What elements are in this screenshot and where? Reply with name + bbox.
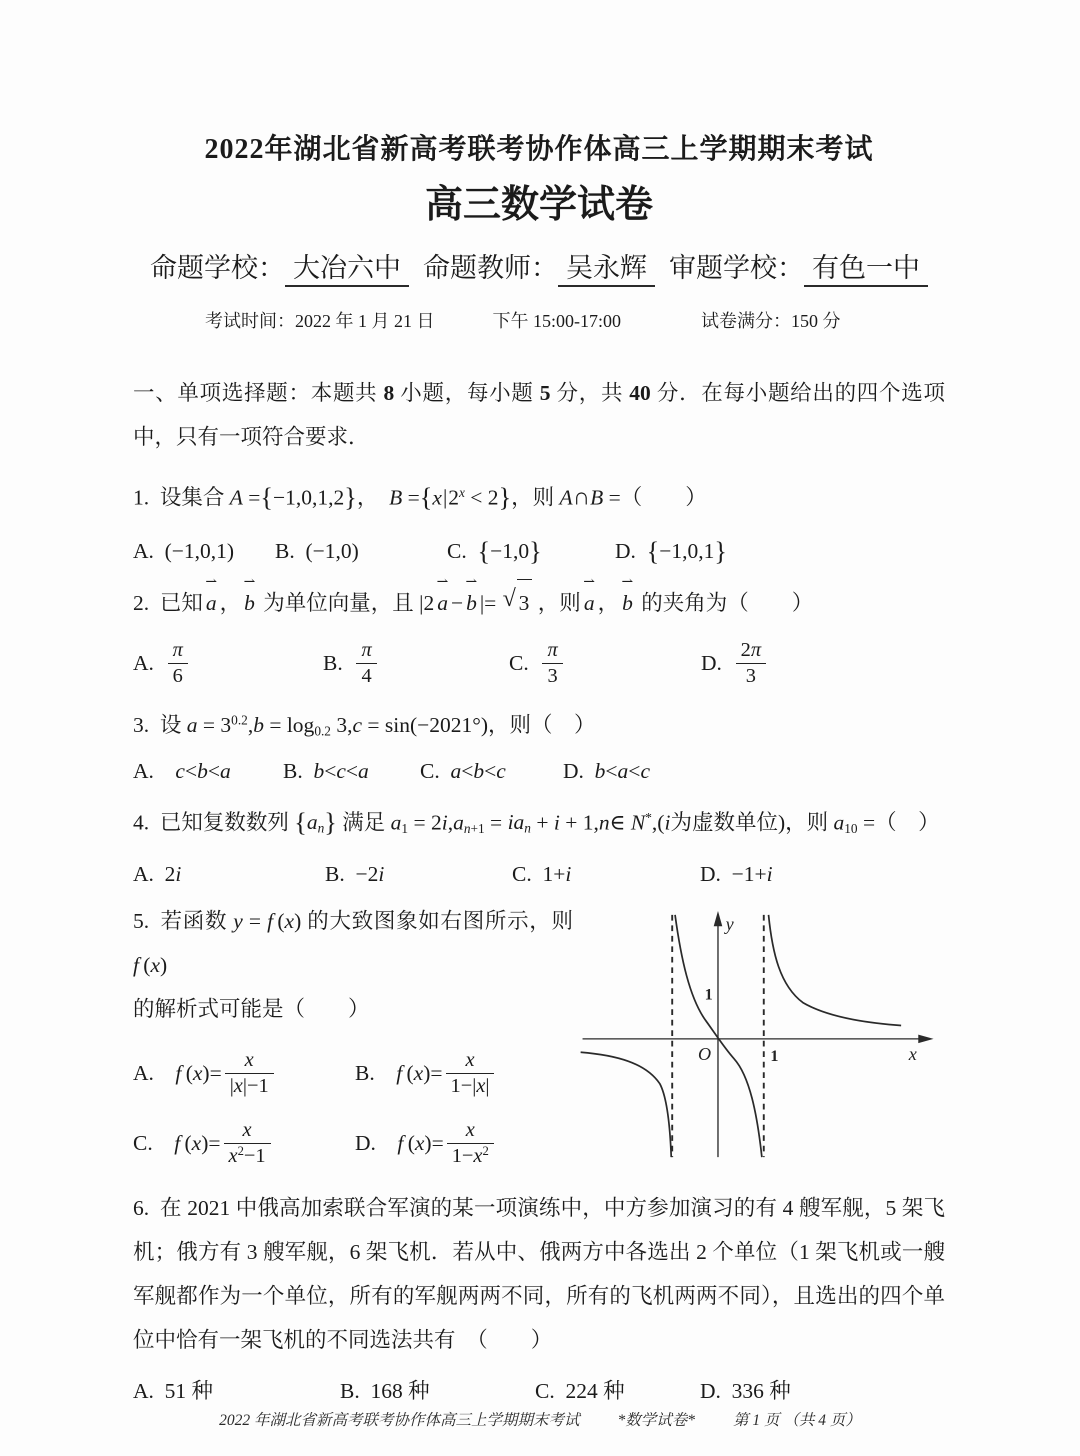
question-6-option-c: C. 224 种 bbox=[535, 1374, 700, 1405]
question-3-options: A. c<b<a B. b<c<a C. a<b<c D. b<a<c bbox=[133, 759, 945, 784]
question-1: 1. 设集合 A ={−1,0,1,2}， B ={x|2x < 2}，则 A∩… bbox=[133, 471, 945, 567]
question-2-option-a: A. π6 bbox=[133, 637, 323, 691]
question-3-option-b: B. b<c<a bbox=[283, 759, 420, 784]
question-6-option-d: D. 336 种 bbox=[700, 1374, 791, 1405]
y-axis-arrow bbox=[714, 911, 723, 926]
question-5-option-b: B. f (x)=x1−|x| bbox=[355, 1047, 497, 1101]
curve-left-branch bbox=[581, 1052, 672, 1157]
proposing-teacher: 命题教师：吴永辉 bbox=[423, 246, 655, 285]
exam-date: 考试时间：2022 年 1 月 21 日 bbox=[205, 307, 435, 333]
question-5-stem-line1: 5. 若函数 y = f (x) 的大致图象如右图所示，则 f (x) bbox=[133, 899, 573, 987]
function-graph-figure: y x O 1 1 bbox=[573, 903, 945, 1174]
proposing-school-name: 大冶六中 bbox=[285, 253, 409, 287]
question-1-option-a: A. (−1,0,1) bbox=[133, 539, 275, 564]
reviewing-school: 审题学校：有色一中 bbox=[669, 246, 928, 285]
question-2: 2. 已知a，b 为单位向量，且 |2a−b|= 3 ，则a，b 的夹角为（ ）… bbox=[133, 579, 945, 691]
exam-paper-page: 2022年湖北省新高考联考协作体高三上学期期末考试 高三数学试卷 命题学校：大冶… bbox=[0, 0, 1080, 1456]
reviewing-school-name: 有色一中 bbox=[804, 253, 928, 287]
question-3-stem: 3. 设 a = 30.2,b = log0.2 3,c = sin(−2021… bbox=[133, 703, 945, 747]
question-2-option-c: C. π3 bbox=[509, 637, 701, 691]
question-3: 3. 设 a = 30.2,b = log0.2 3,c = sin(−2021… bbox=[133, 703, 945, 784]
question-5-option-a: A. f (x)=x|x|−1 bbox=[133, 1047, 355, 1101]
function-graph-svg: y x O 1 1 bbox=[573, 903, 945, 1169]
exam-info-line: 考试时间：2022 年 1 月 21 日 下午 15:00-17:00 试卷满分… bbox=[133, 307, 945, 333]
exam-session-title: 2022年湖北省新高考联考协作体高三上学期期末考试 bbox=[133, 130, 945, 171]
question-2-option-d: D. 2π3 bbox=[701, 637, 769, 691]
question-5-text-column: 5. 若函数 y = f (x) 的大致图象如右图所示，则 f (x) 的解析式… bbox=[133, 899, 573, 1171]
question-4-options: A. 2i B. −2i C. 1+i D. −1+i bbox=[133, 862, 945, 887]
question-4-option-b: B. −2i bbox=[325, 862, 512, 887]
question-5-option-d: D. f (x)=x1−x2 bbox=[355, 1117, 497, 1171]
question-6-option-b: B. 168 种 bbox=[340, 1374, 535, 1405]
question-1-stem: 1. 设集合 A ={−1,0,1,2}， B ={x|2x < 2}，则 A∩… bbox=[133, 471, 945, 525]
question-2-options: A. π6 B. π4 C. π3 D. 2π3 bbox=[133, 637, 945, 691]
footer-paper-label: *数学试卷* bbox=[617, 1408, 695, 1430]
school-info-line: 命题学校：大冶六中 命题教师：吴永辉 审题学校：有色一中 bbox=[133, 246, 945, 285]
page-footer: 2022 年湖北省新高考联考协作体高三上学期期末考试 *数学试卷* 第 1 页 … bbox=[0, 1408, 1080, 1430]
question-5: 5. 若函数 y = f (x) 的大致图象如右图所示，则 f (x) 的解析式… bbox=[133, 899, 945, 1174]
question-4-option-c: C. 1+i bbox=[512, 862, 700, 887]
question-2-stem: 2. 已知a，b 为单位向量，且 |2a−b|= 3 ，则a，b 的夹角为（ ） bbox=[133, 579, 945, 625]
question-1-option-b: B. (−1,0) bbox=[275, 539, 447, 564]
x-axis-label: x bbox=[908, 1043, 917, 1063]
question-5-options-row2: C. f (x)=xx2−1 D. f (x)=x1−x2 bbox=[133, 1117, 573, 1171]
exam-header: 2022年湖北省新高考联考协作体高三上学期期末考试 高三数学试卷 命题学校：大冶… bbox=[133, 130, 945, 333]
question-3-option-c: C. a<b<c bbox=[420, 759, 563, 784]
question-5-options-row1: A. f (x)=x|x|−1 B. f (x)=x1−|x| bbox=[133, 1047, 573, 1101]
footer-page-number: 第 1 页 （共 4 页） bbox=[733, 1408, 861, 1430]
question-4-stem: 4. 已知复数数列 {an} 满足 a1 = 2i,an+1 = ian + i… bbox=[133, 796, 945, 850]
question-6-options: A. 51 种 B. 168 种 C. 224 种 D. 336 种 bbox=[133, 1374, 945, 1405]
question-5-option-c: C. f (x)=xx2−1 bbox=[133, 1117, 355, 1171]
question-4: 4. 已知复数数列 {an} 满足 a1 = 2i,an+1 = ian + i… bbox=[133, 796, 945, 887]
exam-time-range: 下午 15:00-17:00 bbox=[493, 307, 622, 333]
question-4-option-d: D. −1+i bbox=[700, 862, 773, 887]
question-1-option-d: D. {−1,0,1} bbox=[615, 537, 727, 567]
exam-total-score: 试卷满分：150 分 bbox=[701, 307, 841, 333]
y-axis-label: y bbox=[724, 914, 735, 934]
origin-label: O bbox=[698, 1043, 711, 1063]
proposing-school: 命题学校：大冶六中 bbox=[150, 246, 409, 285]
question-6-stem: 6. 在 2021 中俄高加索联合军演的某一项演练中，中方参加演习的有 4 艘军… bbox=[133, 1186, 945, 1362]
question-1-options: A. (−1,0,1) B. (−1,0) C. {−1,0} D. {−1,0… bbox=[133, 537, 945, 567]
question-5-stem-line2: 的解析式可能是（ ） bbox=[133, 987, 573, 1031]
proposing-teacher-name: 吴永辉 bbox=[558, 253, 655, 287]
y-tick-1: 1 bbox=[705, 985, 713, 1003]
section-heading: 一、单项选择题：本题共 8 小题，每小题 5 分，共 40 分．在每小题给出的四… bbox=[133, 371, 945, 459]
question-6-option-a: A. 51 种 bbox=[133, 1374, 340, 1405]
question-1-option-c: C. {−1,0} bbox=[447, 537, 615, 567]
x-tick-1: 1 bbox=[770, 1046, 778, 1064]
curve-right-branch bbox=[769, 914, 902, 1025]
x-axis-arrow bbox=[918, 1034, 933, 1043]
question-area: 一、单项选择题：本题共 8 小题，每小题 5 分，共 40 分．在每小题给出的四… bbox=[133, 371, 945, 1405]
question-3-option-a: A. c<b<a bbox=[133, 759, 283, 784]
paper-title: 高三数学试卷 bbox=[133, 179, 945, 232]
question-4-option-a: A. 2i bbox=[133, 862, 325, 887]
footer-exam-title: 2022 年湖北省新高考联考协作体高三上学期期末考试 bbox=[219, 1408, 579, 1430]
question-6: 6. 在 2021 中俄高加索联合军演的某一项演练中，中方参加演习的有 4 艘军… bbox=[133, 1186, 945, 1405]
question-2-option-b: B. π4 bbox=[323, 637, 509, 691]
question-3-option-d: D. b<a<c bbox=[563, 759, 650, 784]
